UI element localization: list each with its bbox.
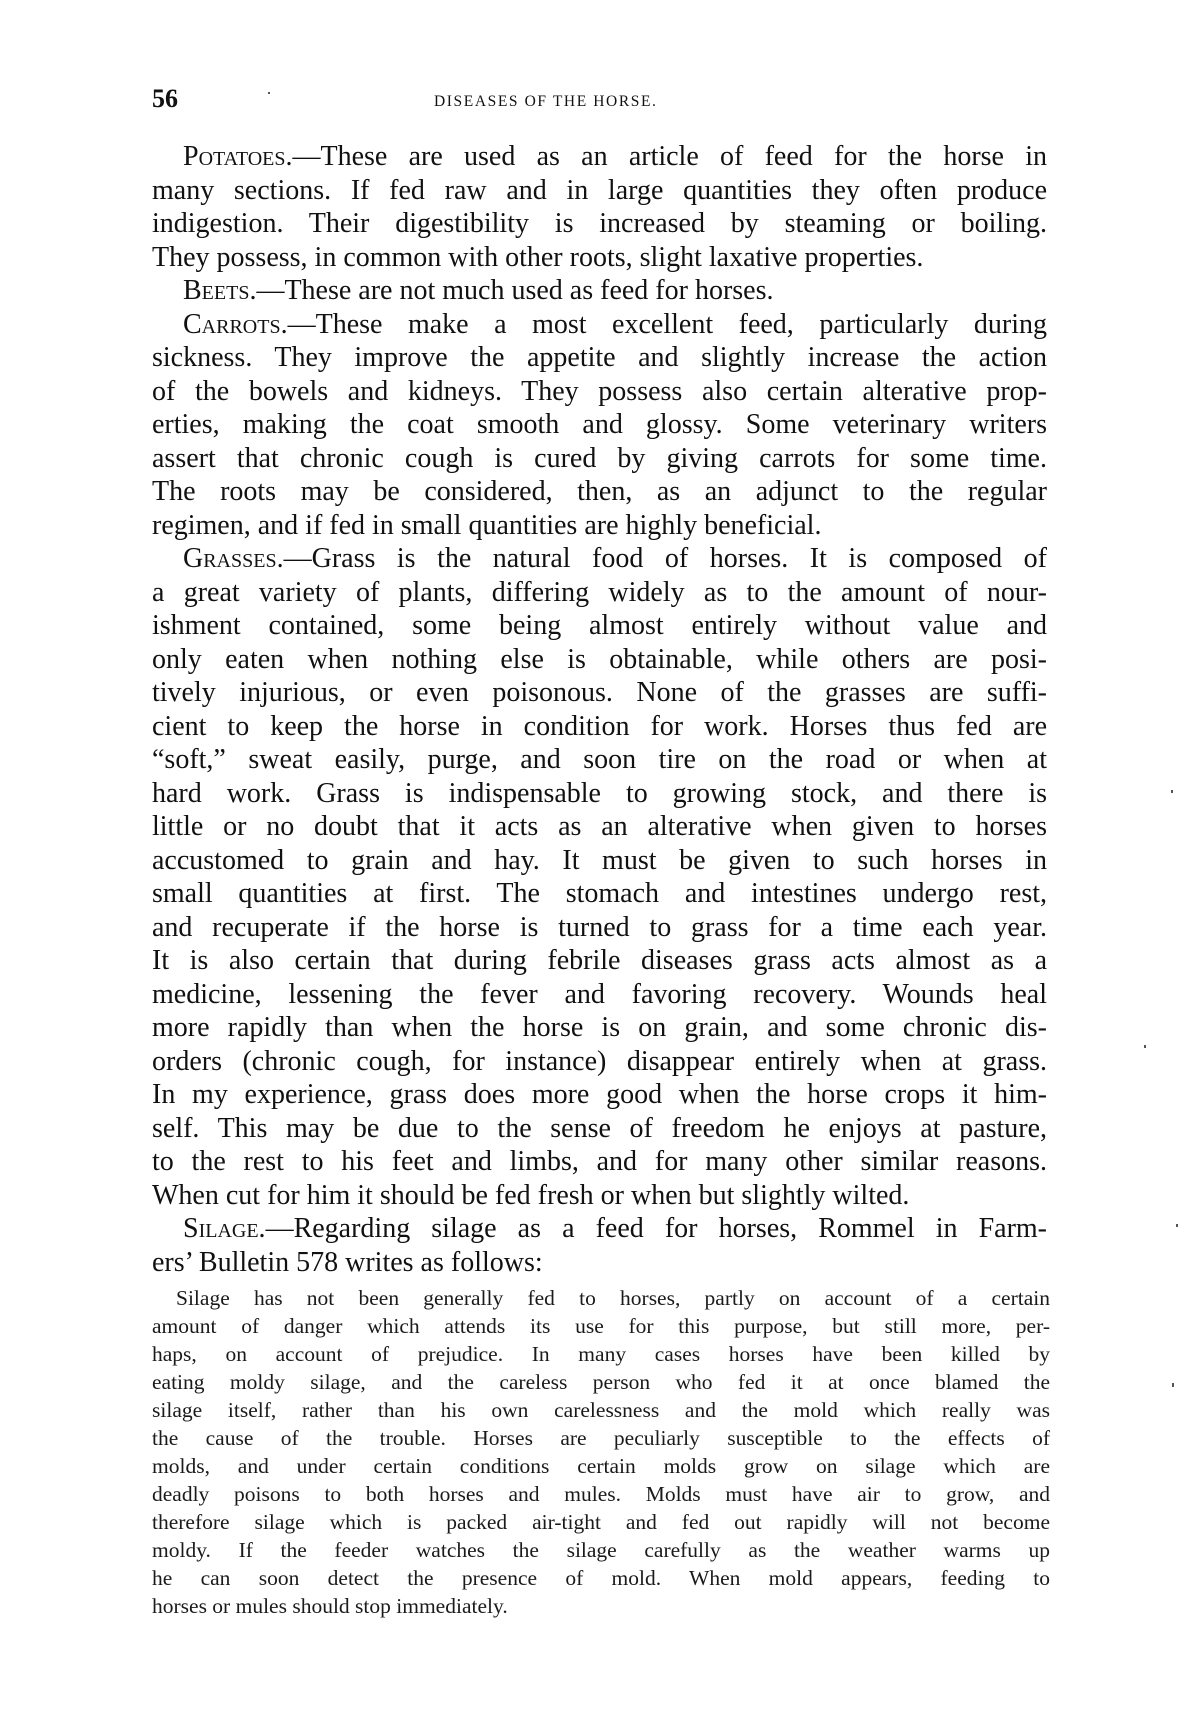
text-line: assert that chronic cough is cured by gi…: [152, 442, 1047, 476]
text-line: cient to keep the horse in condition for…: [152, 710, 1047, 744]
text-line: —These are used as an article of feed fo…: [293, 141, 1048, 172]
text-line: many sections. If fed raw and in large q…: [152, 174, 1047, 208]
text-line: ishment contained, some being almost ent…: [152, 609, 1047, 643]
text-line: accustomed to grain and hay. It must be …: [152, 844, 1047, 878]
text-line: It is also certain that during febrile d…: [152, 944, 1047, 978]
text-line: to the rest to his feet and limbs, and f…: [152, 1145, 1047, 1179]
paragraph-carrots-line: Carrots.—These make a most excellent fee…: [152, 308, 1047, 342]
quote-line: haps, on account of prejudice. In many c…: [152, 1340, 1050, 1368]
text-line: In my experience, grass does more good w…: [152, 1078, 1047, 1112]
scan-speck: [1176, 1224, 1178, 1227]
text-line: They possess, in common with other roots…: [152, 241, 1047, 275]
page-number: 56: [152, 84, 178, 114]
paragraph-silage-line: Silage.—Regarding silage as a feed for h…: [152, 1212, 1047, 1246]
quote-line: he can soon detect the presence of mold.…: [152, 1564, 1050, 1592]
text-line: —Regarding silage as a feed for horses, …: [266, 1213, 1047, 1244]
section-heading-beets: Beets.: [183, 275, 256, 306]
quote-line: deadly poisons to both horses and mules.…: [152, 1480, 1050, 1508]
text-line: ers’ Bulletin 578 writes as follows:: [152, 1246, 1047, 1280]
text-line: —These make a most excellent feed, parti…: [288, 309, 1047, 340]
quote-line: eating moldy silage, and the careless pe…: [152, 1368, 1050, 1396]
paragraph-grasses-line: Grasses.—Grass is the natural food of ho…: [152, 542, 1047, 576]
scan-speck: [1171, 790, 1173, 793]
quote-line: Silage has not been generally fed to hor…: [152, 1284, 1050, 1312]
body-text: Potatoes.—These are used as an article o…: [152, 140, 1047, 1279]
text-line: of the bowels and kidneys. They possess …: [152, 375, 1047, 409]
quote-line: therefore silage which is packed air-tig…: [152, 1508, 1050, 1536]
text-line: hard work. Grass is indispensable to gro…: [152, 777, 1047, 811]
text-line: erties, making the coat smooth and gloss…: [152, 408, 1047, 442]
block-quotation: Silage has not been generally fed to hor…: [152, 1284, 1050, 1620]
section-heading-grasses: Grasses.: [183, 543, 284, 574]
text-line: The roots may be considered, then, as an…: [152, 475, 1047, 509]
text-line: little or no doubt that it acts as an al…: [152, 810, 1047, 844]
text-line: and recuperate if the horse is turned to…: [152, 911, 1047, 945]
scan-speck: [1172, 1383, 1174, 1387]
quote-line: amount of danger which attends its use f…: [152, 1312, 1050, 1340]
text-line: indigestion. Their digestibility is incr…: [152, 207, 1047, 241]
scan-speck: [268, 92, 270, 94]
section-heading-silage: Silage.: [183, 1213, 266, 1244]
text-line: only eaten when nothing else is obtainab…: [152, 643, 1047, 677]
running-head: DISEASES OF THE HORSE.: [434, 92, 766, 112]
section-heading-carrots: Carrots.: [183, 309, 288, 340]
quote-line: moldy. If the feeder watches the silage …: [152, 1536, 1050, 1564]
quote-line: silage itself, rather than his own carel…: [152, 1396, 1050, 1424]
text-line: self. This may be due to the sense of fr…: [152, 1112, 1047, 1146]
text-line: —These are not much used as feed for hor…: [256, 275, 773, 306]
text-line: a great variety of plants, differing wid…: [152, 576, 1047, 610]
text-line: more rapidly than when the horse is on g…: [152, 1011, 1047, 1045]
text-line: tively injurious, or even poisonous. Non…: [152, 676, 1047, 710]
text-line: “soft,” sweat easily, purge, and soon ti…: [152, 743, 1047, 777]
text-line: sickness. They improve the appetite and …: [152, 341, 1047, 375]
paragraph-beets-line: Beets.—These are not much used as feed f…: [152, 274, 1047, 308]
text-line: small quantities at first. The stomach a…: [152, 877, 1047, 911]
text-line: —Grass is the natural food of horses. It…: [284, 543, 1047, 574]
section-heading-potatoes: Potatoes.: [183, 141, 293, 172]
text-line: orders (chronic cough, for instance) dis…: [152, 1045, 1047, 1079]
quote-line: the cause of the trouble. Horses are pec…: [152, 1424, 1050, 1452]
paragraph-potatoes-line: Potatoes.—These are used as an article o…: [152, 140, 1047, 174]
text-line: medicine, lessening the fever and favori…: [152, 978, 1047, 1012]
text-line: regimen, and if fed in small quantities …: [152, 509, 1047, 543]
quote-line: molds, and under certain conditions cert…: [152, 1452, 1050, 1480]
quote-line: horses or mules should stop immediately.: [152, 1592, 1050, 1620]
text-line: When cut for him it should be fed fresh …: [152, 1179, 1047, 1213]
scan-speck: [1144, 1045, 1146, 1048]
